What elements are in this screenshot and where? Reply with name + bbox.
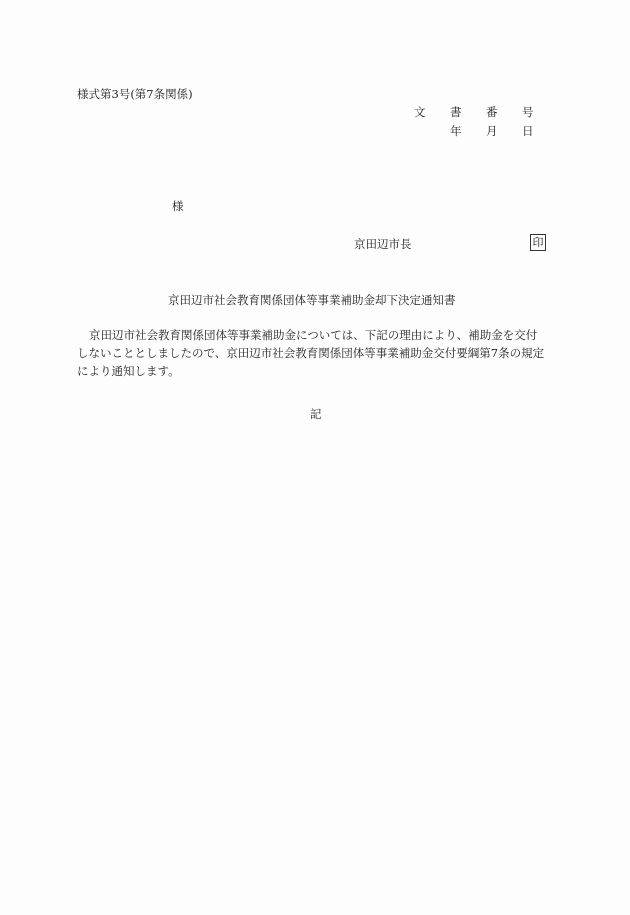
document-number-char: 号 [522,104,558,120]
document-number-char: 書 [450,104,486,120]
document-title: 京田辺市社会教育関係団体等事業補助金却下決定通知書 [168,292,456,308]
document-number-label: 文書番号 [414,104,558,120]
date-month: 月 [486,123,522,139]
body-line: により通知します。 [77,362,557,380]
date-label: 年月日 [450,123,558,139]
form-number: 様式第3号(第7条関係) [77,86,193,102]
document-number-char: 文 [414,104,450,120]
body-line: 京田辺市社会教育関係団体等事業補助金については、下記の理由により、補助金を交付 [77,326,557,344]
addressee-suffix: 様 [172,198,184,214]
date-day: 日 [522,123,558,139]
body-paragraph: 京田辺市社会教育関係団体等事業補助金については、下記の理由により、補助金を交付 … [77,326,557,380]
seal-icon: 印 [530,234,546,251]
date-year: 年 [450,123,486,139]
sender-name: 京田辺市長 [354,236,412,252]
body-line: しないこととしましたので、京田辺市社会教育関係団体等事業補助金交付要綱第7条の規… [77,344,557,362]
document-number-char: 番 [486,104,522,120]
ki-heading: 記 [310,406,322,422]
